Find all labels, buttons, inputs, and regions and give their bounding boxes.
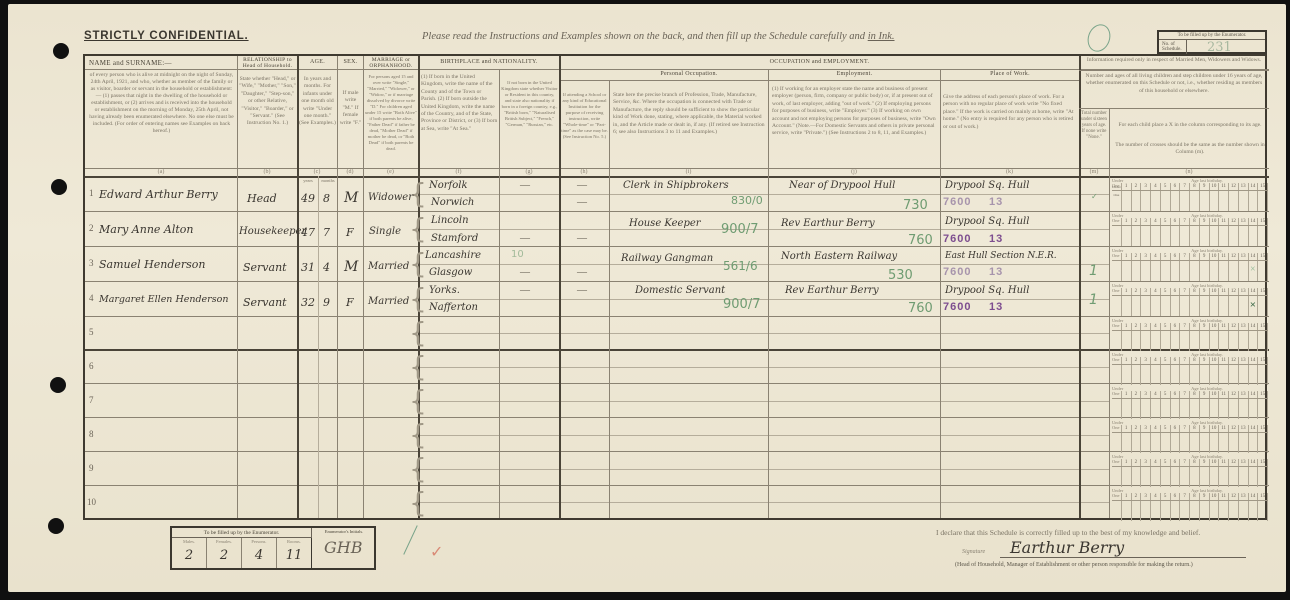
person-name: Margaret Ellen Henderson bbox=[99, 294, 228, 305]
column-number: (e) bbox=[363, 169, 418, 175]
brace-icon: { bbox=[409, 489, 427, 517]
enumerator-box-title: To be filled up by the Enumerator. bbox=[172, 528, 312, 538]
signature: Earthur Berry bbox=[1010, 538, 1124, 557]
brace-icon: { bbox=[409, 455, 427, 483]
column-number: (i) bbox=[609, 169, 768, 175]
age-header: 123456789101112131415 bbox=[1112, 425, 1268, 433]
birthplace-county: Yorks. bbox=[429, 285, 460, 296]
schedule-number-box: To be filled up by the Enumerator. No. o… bbox=[1157, 30, 1267, 54]
row-divider bbox=[85, 316, 1269, 317]
persons-label: Persons. bbox=[242, 539, 276, 544]
marriage-status: Widower bbox=[368, 192, 413, 203]
relationship: Housekeeper bbox=[239, 226, 306, 237]
punch-hole bbox=[51, 179, 67, 195]
signature-label: Signature bbox=[962, 549, 985, 555]
header-name-title: NAME and SURNAME:— bbox=[89, 59, 234, 67]
row-divider bbox=[85, 281, 1269, 282]
occupation-code: 830/0 bbox=[731, 194, 763, 207]
occupation: Railway Gangman bbox=[621, 253, 713, 264]
sex: F bbox=[346, 226, 354, 239]
divider bbox=[318, 176, 319, 518]
birthplace-county: Norfolk bbox=[429, 180, 468, 191]
divider bbox=[1109, 108, 1110, 168]
brace-icon: { bbox=[409, 319, 427, 347]
subline bbox=[418, 229, 1109, 230]
age-months: 9 bbox=[323, 296, 330, 309]
education: — bbox=[577, 180, 587, 191]
birthplace-county: Lancashire bbox=[425, 250, 481, 261]
row-divider bbox=[85, 451, 1269, 452]
females-count-cell: Females.2 bbox=[207, 538, 242, 568]
place-of-work: East Hull Section N.E.R. bbox=[945, 251, 1057, 261]
header-place-of-work-desc: Give the address of each person's place … bbox=[943, 94, 1077, 131]
column-number: (d) bbox=[337, 169, 363, 175]
row-divider bbox=[85, 349, 1269, 351]
birthplace-town: Stamford bbox=[431, 233, 478, 244]
household-schedule-table: NAME and SURNAME:— of every person who i… bbox=[83, 54, 1267, 520]
signature-line bbox=[1000, 557, 1246, 558]
nationality-code: 10 bbox=[511, 249, 524, 260]
place-of-work: Drypool Sq. Hull bbox=[945, 285, 1029, 296]
subline bbox=[418, 502, 1109, 503]
divider bbox=[499, 69, 500, 518]
age-cells: × bbox=[1112, 261, 1268, 281]
person-name: Mary Anne Alton bbox=[99, 223, 194, 236]
column-number: (f) bbox=[418, 169, 499, 175]
employment-code: 530 bbox=[888, 268, 913, 283]
schedule-box-label: No. of Schedule. bbox=[1162, 42, 1184, 52]
nationality: — bbox=[520, 233, 530, 244]
header-sex-title: SEX. bbox=[338, 59, 363, 65]
brace-icon: { bbox=[409, 285, 427, 313]
coding-stamp: 7600 bbox=[943, 196, 971, 208]
marriage-status: Married bbox=[368, 261, 409, 272]
column-number: (n) bbox=[1109, 169, 1269, 175]
header-age-title: AGE. bbox=[298, 59, 337, 65]
nationality: — bbox=[520, 285, 530, 296]
enumerator-counts: Males.2 Females.2 Persons.4 Rooms.11 bbox=[172, 538, 312, 568]
age-years: 47 bbox=[301, 226, 315, 239]
age-cells bbox=[1112, 226, 1268, 246]
header-employment-desc: (1) If working for an employer state the… bbox=[772, 86, 938, 138]
column-number: (a) bbox=[85, 169, 237, 175]
age-years: 31 bbox=[301, 261, 315, 274]
age-header: 123456789101112131415 bbox=[1112, 459, 1268, 467]
instructions-text: Please read the Instructions and Example… bbox=[422, 31, 868, 42]
row-number: 7 bbox=[89, 395, 94, 405]
age-header: 123456789101112131415 bbox=[1112, 493, 1268, 501]
age-header: Under One123456789101112131415 bbox=[1112, 183, 1268, 191]
subline bbox=[418, 264, 1109, 265]
children-total-mark: 1 bbox=[1089, 263, 1098, 279]
header-relationship-desc: State whether "Head," or "Wife," "Mother… bbox=[239, 76, 296, 128]
header-occupation-group-title: OCCUPATION and EMPLOYMENT. bbox=[560, 59, 1079, 65]
header-marriage-desc: For persons aged 15 and over write "Sing… bbox=[365, 74, 417, 152]
brace-icon: { bbox=[409, 215, 427, 243]
row-number: 4 bbox=[89, 293, 94, 303]
coding-stamp: 13 bbox=[989, 301, 1003, 313]
age-cells bbox=[1112, 331, 1268, 351]
place-of-work: Drypool Sq. Hull bbox=[945, 180, 1029, 191]
employer: Near of Drypool Hull bbox=[789, 180, 895, 191]
header-place-of-work-title: Place of Work. bbox=[941, 71, 1079, 77]
age-header: 123456789101112131415 bbox=[1112, 253, 1268, 261]
education: — bbox=[577, 285, 587, 296]
divider bbox=[768, 69, 769, 518]
in-ink-text: in Ink. bbox=[868, 31, 895, 42]
column-number: (b) bbox=[237, 169, 297, 175]
coding-stamp: 7600 bbox=[943, 233, 971, 245]
employer: Rev Earthur Berry bbox=[781, 218, 875, 229]
age-cells bbox=[1112, 467, 1268, 487]
person-name: Edward Arthur Berry bbox=[99, 188, 218, 201]
header-children-total-desc: Total number under sixteen years of age.… bbox=[1080, 111, 1108, 141]
rooms-value: 11 bbox=[277, 548, 311, 563]
birthplace-town: Glasgow bbox=[429, 267, 472, 278]
age-header: 123456789101112131415 bbox=[1112, 323, 1268, 331]
column-number: (c) bbox=[297, 169, 337, 175]
header-birthplace-desc: (1) If born in the United Kingdom, write… bbox=[421, 74, 498, 133]
males-label: Males. bbox=[172, 539, 206, 544]
divider bbox=[237, 56, 238, 518]
divider bbox=[1186, 40, 1187, 54]
females-value: 2 bbox=[207, 548, 241, 563]
row-number: 10 bbox=[87, 497, 96, 507]
header-children-desc: Number and ages of all living children a… bbox=[1083, 73, 1265, 95]
occupation-code: 561/6 bbox=[723, 259, 758, 273]
header-age-desc: In years and months. For infants under o… bbox=[299, 76, 336, 128]
divider bbox=[1079, 108, 1269, 109]
declaration-text: I declare that this Schedule is correctl… bbox=[936, 528, 1200, 537]
rooms-label: Rooms. bbox=[277, 539, 311, 544]
age-cells bbox=[1112, 365, 1268, 385]
coding-stamp: 7600 bbox=[943, 266, 971, 278]
row-number: 5 bbox=[89, 327, 94, 337]
row-divider bbox=[85, 211, 1269, 212]
brace-icon: { bbox=[409, 421, 427, 449]
row-number: 2 bbox=[89, 223, 94, 233]
signature-note: (Head of Household, Manager of Establish… bbox=[955, 562, 1193, 568]
occupation-code: 900/7 bbox=[723, 297, 760, 312]
header-personal-occupation-title: Personal Occupation. bbox=[610, 71, 768, 77]
age-header: 123456789101112131415 bbox=[1112, 391, 1268, 399]
column-number: (h) bbox=[559, 169, 609, 175]
age-cells bbox=[1112, 433, 1268, 453]
sex: M bbox=[344, 190, 358, 206]
age-months: 7 bbox=[323, 226, 330, 239]
divider bbox=[940, 69, 941, 518]
age-cells: × bbox=[1112, 296, 1268, 316]
divider bbox=[337, 56, 338, 518]
red-tick-icon: ✓ bbox=[430, 542, 443, 561]
schedule-box-title: To be filled up by the Enumerator. bbox=[1159, 32, 1265, 40]
instructions-line: Please read the Instructions and Example… bbox=[422, 31, 895, 42]
sex: M bbox=[344, 259, 358, 275]
birthplace-town: Norwich bbox=[431, 197, 474, 208]
header-children-place-desc: For each child place a X in the column c… bbox=[1115, 122, 1265, 129]
age-months: 8 bbox=[323, 192, 330, 205]
header-children-group-title: Information required only in respect of … bbox=[1081, 57, 1267, 64]
header-name-desc: of every person who is alive at midnight… bbox=[89, 72, 234, 135]
rooms-count-cell: Rooms.11 bbox=[277, 538, 312, 568]
age-header: 123456789101112131415 bbox=[1112, 357, 1268, 365]
enumerator-initials-label: Enumerator's Initials. bbox=[314, 529, 374, 534]
brace-icon: { bbox=[409, 387, 427, 415]
subline bbox=[418, 194, 1109, 195]
column-number: (g) bbox=[499, 169, 559, 175]
occupation: Clerk in Shipbrokers bbox=[623, 180, 729, 191]
row-number: 3 bbox=[89, 258, 94, 268]
coding-stamp: 13 bbox=[989, 266, 1003, 278]
header-education-desc: If attending a School or any kind of Edu… bbox=[561, 92, 608, 140]
education: — bbox=[577, 197, 587, 208]
relationship: Servant bbox=[243, 261, 287, 274]
coding-stamp: 13 bbox=[989, 233, 1003, 245]
marriage-status: Married bbox=[368, 296, 409, 307]
age-cells bbox=[1112, 191, 1268, 211]
divider bbox=[1109, 168, 1110, 518]
employment-code: 730 bbox=[903, 198, 928, 213]
column-number: (m) bbox=[1079, 169, 1109, 175]
subline bbox=[418, 367, 1109, 368]
occupation: Domestic Servant bbox=[635, 285, 725, 296]
occupation: House Keeper bbox=[629, 218, 701, 229]
row-number: 6 bbox=[89, 361, 94, 371]
header-marriage-title: MARRIAGE or ORPHANHOOD. bbox=[364, 57, 418, 69]
age-years-label: years bbox=[299, 177, 317, 184]
subline bbox=[418, 333, 1109, 334]
check-mark-icon: ✓ bbox=[1091, 192, 1098, 201]
sex: F bbox=[346, 296, 354, 309]
males-count-cell: Males.2 bbox=[172, 538, 207, 568]
header-birthplace-title: BIRTHPLACE and NATIONALITY. bbox=[419, 59, 559, 65]
age-months: 4 bbox=[323, 261, 330, 274]
age-header: 123456789101112131415 bbox=[1112, 288, 1268, 296]
row-number: 8 bbox=[89, 429, 94, 439]
education: — bbox=[577, 267, 587, 278]
persons-count-cell: Persons.4 bbox=[242, 538, 277, 568]
age-cells bbox=[1112, 501, 1268, 521]
employer: Rev Earthur Berry bbox=[785, 285, 879, 296]
children-total-mark: 1 bbox=[1089, 292, 1098, 308]
birthplace-town: Nafferton bbox=[429, 302, 478, 313]
subline bbox=[418, 469, 1109, 470]
row-divider bbox=[85, 383, 1269, 384]
row-number: 9 bbox=[89, 463, 94, 473]
divider bbox=[85, 176, 1269, 178]
occupation-code: 900/7 bbox=[721, 222, 758, 237]
punch-hole bbox=[50, 377, 66, 393]
persons-value: 4 bbox=[242, 548, 276, 563]
relationship: Head bbox=[247, 192, 277, 205]
confidential-heading: STRICTLY CONFIDENTIAL. bbox=[84, 30, 249, 42]
age-header: 123456789101112131415 bbox=[1112, 218, 1268, 226]
brace-icon: { bbox=[409, 353, 427, 381]
employer: North Eastern Railway bbox=[781, 251, 897, 262]
place-of-work: Drypool Sq. Hull bbox=[945, 216, 1029, 227]
divider bbox=[609, 80, 610, 518]
punch-hole bbox=[53, 43, 69, 59]
row-divider bbox=[85, 417, 1269, 418]
row-divider bbox=[85, 246, 1269, 247]
header-personal-occupation-desc: State here the precise branch of Profess… bbox=[613, 92, 766, 136]
employment-code: 760 bbox=[908, 301, 933, 316]
enumerator-summary-box: To be filled up by the Enumerator. Males… bbox=[170, 526, 376, 570]
subline bbox=[418, 299, 1109, 300]
males-value: 2 bbox=[172, 548, 206, 563]
header-children-match-desc: The number of crosses should be the same… bbox=[1115, 142, 1265, 157]
punch-hole bbox=[48, 518, 64, 534]
column-number: (j) bbox=[768, 169, 940, 175]
education: — bbox=[577, 233, 587, 244]
subline bbox=[418, 435, 1109, 436]
coding-stamp: 7600 bbox=[943, 301, 971, 313]
females-label: Females. bbox=[207, 539, 241, 544]
header-nationality-desc: If not born in the United Kingdom state … bbox=[501, 80, 558, 128]
person-name: Samuel Henderson bbox=[99, 258, 205, 271]
divider bbox=[559, 80, 1079, 81]
age-months-label: months bbox=[319, 177, 337, 184]
header-relationship-title: RELATIONSHIP to Head of Household. bbox=[238, 57, 297, 69]
marriage-status: Single bbox=[369, 226, 401, 237]
column-number: (k) bbox=[940, 169, 1079, 175]
age-cells bbox=[1112, 399, 1268, 419]
header-employment-title: Employment. bbox=[769, 71, 940, 77]
employment-code: 760 bbox=[908, 233, 933, 248]
header-sex-desc: If male write "M." If female write "F." bbox=[339, 90, 362, 127]
coding-stamp: 13 bbox=[989, 196, 1003, 208]
nationality: — bbox=[520, 267, 530, 278]
age-years: 32 bbox=[301, 296, 315, 309]
age-years: 49 bbox=[301, 192, 315, 205]
row-divider bbox=[85, 485, 1269, 486]
birthplace-county: Lincoln bbox=[431, 215, 469, 226]
relationship: Servant bbox=[243, 296, 287, 309]
divider bbox=[363, 56, 364, 518]
divider bbox=[1079, 70, 1269, 71]
subline bbox=[418, 401, 1109, 402]
schedule-number: 231 bbox=[1207, 40, 1232, 55]
nationality: — bbox=[520, 180, 530, 191]
row-number: 1 bbox=[89, 188, 94, 198]
enumerator-initials: GHB bbox=[324, 538, 363, 557]
